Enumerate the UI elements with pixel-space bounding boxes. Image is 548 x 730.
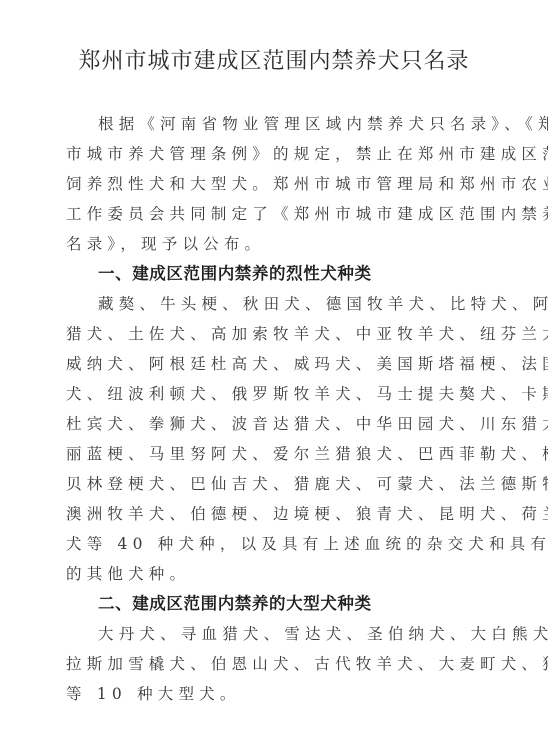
breed-list-line: 等 10 种大型犬。 <box>66 679 472 709</box>
breed-list-line: 猎犬、土佐犬、高加索牧羊犬、中亚牧羊犬、纽芬兰犬、罗 <box>66 319 472 349</box>
breed-list-line: 犬、纽波利顿犬、俄罗斯牧羊犬、马士提夫獒犬、卡斯罗犬、 <box>66 379 472 409</box>
section-heading: 一、建成区范围内禁养的烈性犬种类 <box>66 259 472 289</box>
breed-list-line: 藏獒、牛头梗、秋田犬、德国牧羊犬、比特犬、阿富汗 <box>66 289 472 319</box>
intro-line: 市城市养犬管理条例》的规定，禁止在郑州市建成区范围内 <box>66 139 472 169</box>
breed-list-line: 丽蓝梗、马里努阿犬、爱尔兰猎狼犬、巴西菲勒犬、格力犬、 <box>66 439 472 469</box>
breed-list-line: 大丹犬、寻血猎犬、雪达犬、圣伯纳犬、大白熊犬、阿 <box>66 619 472 649</box>
section-aggressive-breeds: 一、建成区范围内禁养的烈性犬种类 藏獒、牛头梗、秋田犬、德国牧羊犬、比特犬、阿富… <box>66 259 472 589</box>
breed-list-line: 威纳犬、阿根廷杜高犬、威玛犬、美国斯塔福梗、法国斗牛 <box>66 349 472 379</box>
intro-paragraph: 根据《河南省物业管理区域内禁养犬只名录》、《郑州 市城市养犬管理条例》的规定，禁… <box>66 109 472 259</box>
breed-list-line: 贝林登梗犬、巴仙吉犬、猎鹿犬、可蒙犬、法兰德斯牧牛犬、 <box>66 469 472 499</box>
document-title: 郑州市城市建成区范围内禁养犬只名录 <box>0 44 548 75</box>
intro-line: 根据《河南省物业管理区域内禁养犬只名录》、《郑州 <box>66 109 472 139</box>
intro-line: 名录》，现予以公布。 <box>66 229 472 259</box>
section-heading: 二、建成区范围内禁养的大型犬种类 <box>66 589 472 619</box>
breed-list-line: 澳洲牧羊犬、伯德梗、边境梗、狼青犬、昆明犬、荷兰毛狮 <box>66 499 472 529</box>
breed-list-line: 犬等 40 种犬种，以及具有上述血统的杂交犬和具有攻击性 <box>66 529 472 559</box>
document-body: 根据《河南省物业管理区域内禁养犬只名录》、《郑州 市城市养犬管理条例》的规定，禁… <box>66 109 472 709</box>
intro-line: 工作委员会共同制定了《郑州市城市建成区范围内禁养犬只 <box>66 199 472 229</box>
section-large-breeds: 二、建成区范围内禁养的大型犬种类 大丹犬、寻血猎犬、雪达犬、圣伯纳犬、大白熊犬、… <box>66 589 472 709</box>
breed-list-line: 拉斯加雪橇犬、伯恩山犬、古代牧羊犬、大麦町犬、猎狐犬 <box>66 649 472 679</box>
document-page: 郑州市城市建成区范围内禁养犬只名录 根据《河南省物业管理区域内禁养犬只名录》、《… <box>0 0 548 730</box>
breed-list-line: 杜宾犬、拳狮犬、波音达猎犬、中华田园犬、川东猎犬、凯 <box>66 409 472 439</box>
intro-line: 饲养烈性犬和大型犬。郑州市城市管理局和郑州市农业农村 <box>66 169 472 199</box>
breed-list-line: 的其他犬种。 <box>66 559 472 589</box>
